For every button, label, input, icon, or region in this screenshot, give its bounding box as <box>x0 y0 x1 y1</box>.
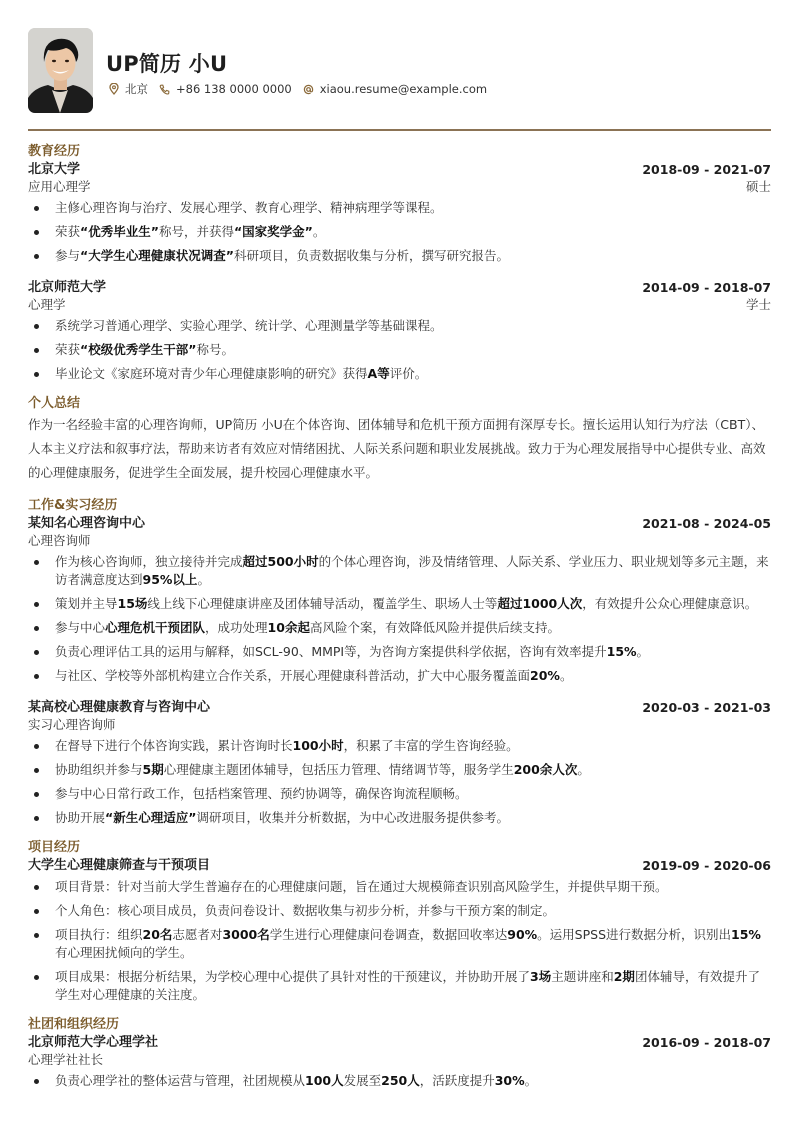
work-entry: 某高校心理健康教育与咨询中心 2020-03 - 2021-03 实习心理咨询师… <box>28 699 771 827</box>
bullet-item: 个人角色：核心项目成员，负责问卷设计、数据收集与初步分析，并参与干预方案的制定。 <box>28 902 771 920</box>
section-title: 个人总结 <box>28 395 771 413</box>
section-title: 教育经历 <box>28 143 771 161</box>
major: 应用心理学 <box>28 178 91 195</box>
job-role: 实习心理咨询师 <box>28 716 116 733</box>
section-education: 教育经历 北京大学 2018-09 - 2021-07 应用心理学 硕士 主修心… <box>28 143 771 383</box>
date-range: 2016-09 - 2018-07 <box>642 1034 771 1051</box>
bullet-item: 参与“大学生心理健康状况调查”科研项目，负责数据收集与分析，撰写研究报告。 <box>28 247 771 265</box>
map-pin-icon <box>108 84 119 95</box>
organization-entry: 北京师范大学心理学社 2016-09 - 2018-07 心理学社社长 负责心理… <box>28 1034 771 1090</box>
work-entry: 某知名心理咨询中心 2021-08 - 2024-05 心理咨询师 作为核心咨询… <box>28 515 771 685</box>
bullet-item: 负责心理学社的整体运营与管理，社团规模从100人发展至250人，活跃度提升30%… <box>28 1072 771 1090</box>
project-entry: 大学生心理健康筛查与干预项目 2019-09 - 2020-06 项目背景：针对… <box>28 857 771 1004</box>
bullet-item: 荣获“校级优秀学生干部”称号。 <box>28 341 771 359</box>
at-sign-icon <box>303 84 314 95</box>
job-role: 心理咨询师 <box>28 532 91 549</box>
major: 心理学 <box>28 296 66 313</box>
bullet-item: 参与中心日常行政工作，包括档案管理、预约协调等，确保咨询流程顺畅。 <box>28 785 771 803</box>
date-range: 2018-09 - 2021-07 <box>642 161 771 178</box>
company-name: 某高校心理健康教育与咨询中心 <box>28 699 210 716</box>
school-name: 北京师范大学 <box>28 279 106 296</box>
bullet-item: 作为核心咨询师，独立接待并完成超过500小时的个体心理咨询，涉及情绪管理、人际关… <box>28 553 771 589</box>
education-entry: 北京大学 2018-09 - 2021-07 应用心理学 硕士 主修心理咨询与治… <box>28 161 771 265</box>
phone-icon <box>159 84 170 95</box>
date-range: 2019-09 - 2020-06 <box>642 857 771 874</box>
bullet-item: 项目执行：组织20名志愿者对3000名学生进行心理健康问卷调查，数据回收率达90… <box>28 926 771 962</box>
candidate-name: UP简历 小U <box>106 48 227 78</box>
contact-location: 北京 <box>108 81 148 97</box>
bullet-item: 协助组织并参与5期心理健康主题团体辅导，包括压力管理、情绪调节等，服务学生200… <box>28 761 771 779</box>
section-work: 工作&实习经历 某知名心理咨询中心 2021-08 - 2024-05 心理咨询… <box>28 497 771 827</box>
bullet-item: 策划并主导15场线上线下心理健康讲座及团体辅导活动，覆盖学生、职场人士等超过10… <box>28 595 771 613</box>
header-divider <box>28 129 771 131</box>
date-range: 2014-09 - 2018-07 <box>642 279 771 296</box>
phone-text[interactable]: +86 138 0000 0000 <box>176 82 292 96</box>
company-name: 某知名心理咨询中心 <box>28 515 145 532</box>
degree: 硕士 <box>746 178 771 195</box>
summary-text: 作为一名经验丰富的心理咨询师，UP简历 小U在个体咨询、团体辅导和危机干预方面拥… <box>28 413 771 485</box>
profile-photo <box>28 28 93 113</box>
bullet-item: 荣获“优秀毕业生”称号，并获得“国家奖学金”。 <box>28 223 771 241</box>
avatar-image <box>28 28 93 113</box>
section-title: 社团和组织经历 <box>28 1016 771 1034</box>
bullet-item: 负责心理评估工具的运用与解释，如SCL-90、MMPI等，为咨询方案提供科学依据… <box>28 643 771 661</box>
bullet-item: 主修心理咨询与治疗、发展心理学、教育心理学、精神病理学等课程。 <box>28 199 771 217</box>
section-organizations: 社团和组织经历 北京师范大学心理学社 2016-09 - 2018-07 心理学… <box>28 1016 771 1090</box>
organization-name: 北京师范大学心理学社 <box>28 1034 158 1051</box>
bullet-item: 协助开展“新生心理适应”调研项目，收集并分析数据，为中心改进服务提供参考。 <box>28 809 771 827</box>
section-title: 项目经历 <box>28 839 771 857</box>
bullet-item: 在督导下进行个体咨询实践，累计咨询时长100小时，积累了丰富的学生咨询经验。 <box>28 737 771 755</box>
organization-role: 心理学社社长 <box>28 1051 103 1068</box>
section-summary: 个人总结 作为一名经验丰富的心理咨询师，UP简历 小U在个体咨询、团体辅导和危机… <box>28 395 771 485</box>
resume-header: UP简历 小U 北京 +86 138 0000 0000 xiaou.resum… <box>28 28 771 114</box>
date-range: 2021-08 - 2024-05 <box>642 515 771 532</box>
education-entry: 北京师范大学 2014-09 - 2018-07 心理学 学士 系统学习普通心理… <box>28 279 771 383</box>
bullet-item: 毕业论文《家庭环境对青少年心理健康影响的研究》获得A等评价。 <box>28 365 771 383</box>
bullet-item: 与社区、学校等外部机构建立合作关系，开展心理健康科普活动，扩大中心服务覆盖面20… <box>28 667 771 685</box>
bullet-list: 在督导下进行个体咨询实践，累计咨询时长100小时，积累了丰富的学生咨询经验。协助… <box>28 737 771 827</box>
bullet-item: 参与中心心理危机干预团队，成功处理10余起高风险个案，有效降低风险并提供后续支持… <box>28 619 771 637</box>
location-text: 北京 <box>125 81 148 97</box>
bullet-list: 作为核心咨询师，独立接待并完成超过500小时的个体心理咨询，涉及情绪管理、人际关… <box>28 553 771 685</box>
project-name: 大学生心理健康筛查与干预项目 <box>28 857 210 874</box>
bullet-list: 主修心理咨询与治疗、发展心理学、教育心理学、精神病理学等课程。荣获“优秀毕业生”… <box>28 199 771 265</box>
date-range: 2020-03 - 2021-03 <box>642 699 771 716</box>
email-text[interactable]: xiaou.resume@example.com <box>320 82 487 96</box>
bullet-item: 项目成果：根据分析结果，为学校心理中心提供了具针对性的干预建议，并协助开展了3场… <box>28 968 771 1004</box>
contact-email: xiaou.resume@example.com <box>303 82 487 96</box>
degree: 学士 <box>746 296 771 313</box>
bullet-item: 项目背景：针对当前大学生普遍存在的心理健康问题，旨在通过大规模筛查识别高风险学生… <box>28 878 771 896</box>
bullet-list: 负责心理学社的整体运营与管理，社团规模从100人发展至250人，活跃度提升30%… <box>28 1072 771 1090</box>
contact-phone: +86 138 0000 0000 <box>159 82 292 96</box>
resume-body: 教育经历 北京大学 2018-09 - 2021-07 应用心理学 硕士 主修心… <box>28 143 771 1102</box>
bullet-item: 系统学习普通心理学、实验心理学、统计学、心理测量学等基础课程。 <box>28 317 771 335</box>
section-projects: 项目经历 大学生心理健康筛查与干预项目 2019-09 - 2020-06 项目… <box>28 839 771 1004</box>
bullet-list: 系统学习普通心理学、实验心理学、统计学、心理测量学等基础课程。荣获“校级优秀学生… <box>28 317 771 383</box>
section-title: 工作&实习经历 <box>28 497 771 515</box>
school-name: 北京大学 <box>28 161 80 178</box>
contact-info: 北京 +86 138 0000 0000 xiaou.resume@exampl… <box>108 81 498 97</box>
bullet-list: 项目背景：针对当前大学生普遍存在的心理健康问题，旨在通过大规模筛查识别高风险学生… <box>28 878 771 1004</box>
